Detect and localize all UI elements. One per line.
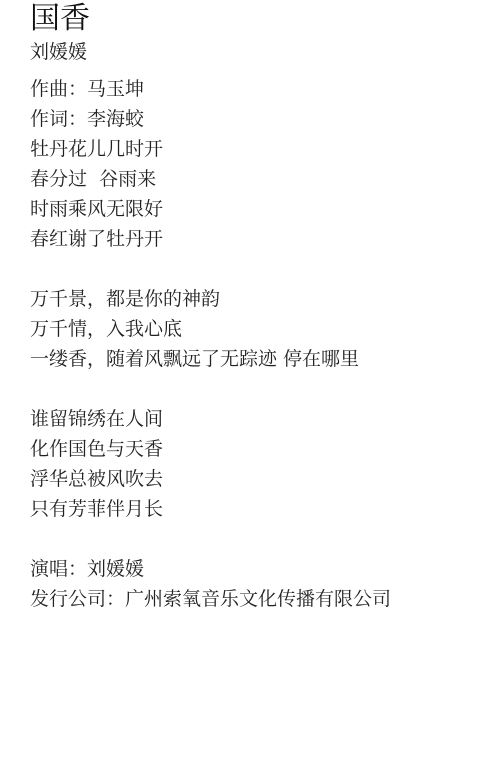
lyric-line: 谁留锦绣在人间 (30, 404, 500, 434)
lyric-line: 只有芳菲伴月长 (30, 494, 500, 524)
lyric-line: 万千景，都是你的神韵 (30, 284, 500, 314)
lyric-line: 万千情，入我心底 (30, 314, 500, 344)
credit-lyricist: 作词：李海蛟 (30, 104, 500, 134)
stanza-break (30, 254, 500, 284)
song-artist: 刘媛媛 (30, 38, 500, 66)
lyric-line: 春分过 谷雨来 (30, 164, 500, 194)
lyric-line: 一缕香，随着风飘远了无踪迹 停在哪里 (30, 344, 500, 374)
lyric-line: 浮华总被风吹去 (30, 464, 500, 494)
lyric-line: 化作国色与天香 (30, 434, 500, 464)
credit-performer: 演唱：刘媛媛 (30, 554, 500, 584)
credit-composer: 作曲：马玉坤 (30, 74, 500, 104)
credit-publisher: 发行公司：广州索氧音乐文化传播有限公司 (30, 584, 500, 614)
lyric-line: 春红谢了牡丹开 (30, 224, 500, 254)
stanza-break (30, 374, 500, 404)
lyrics-page: 国香 刘媛媛 作曲：马玉坤 作词：李海蛟 牡丹花儿几时开 春分过 谷雨来 时雨乘… (0, 0, 500, 614)
lyric-line: 时雨乘风无限好 (30, 194, 500, 224)
stanza-break (30, 524, 500, 554)
song-title: 国香 (30, 0, 500, 38)
lyric-line: 牡丹花儿几时开 (30, 134, 500, 164)
lyrics-body: 作曲：马玉坤 作词：李海蛟 牡丹花儿几时开 春分过 谷雨来 时雨乘风无限好 春红… (30, 74, 500, 614)
